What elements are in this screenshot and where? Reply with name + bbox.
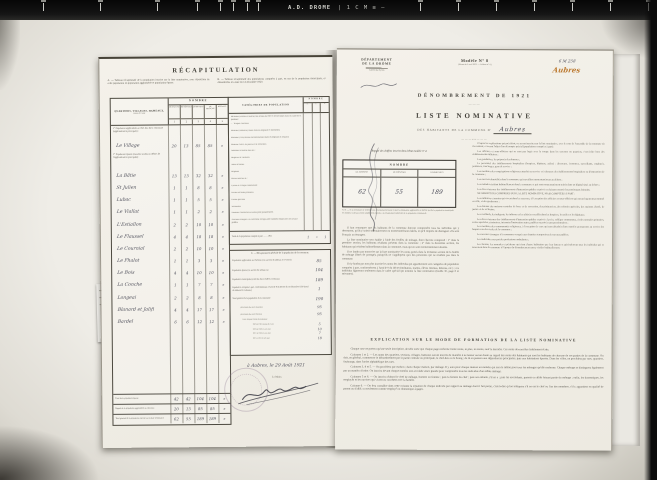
breakdown-label: personnes du sexe masculin xyxy=(240,306,310,309)
instruction-paragraph: Les ouvriers domiciliés dans la commune … xyxy=(472,178,604,182)
table-row: Le Bois 441010» xyxy=(112,267,229,280)
cell-value: » xyxy=(217,258,229,263)
total-value: 13 xyxy=(182,406,194,411)
census-year-title: DÉNOMBREMENT DE 1921 xyxy=(337,93,613,99)
column-number: 4 xyxy=(204,119,216,124)
cell-value: 85 xyxy=(204,143,216,148)
breakdown-label: personnes du sexe féminin xyxy=(241,313,311,316)
recap-value: 1 xyxy=(310,286,328,291)
place-name: Le Fhalot xyxy=(117,259,140,264)
total-value: 55 xyxy=(182,416,194,421)
cell-value: » xyxy=(217,197,229,202)
cell-value: 1 xyxy=(180,185,192,190)
sub-column-header: F. xyxy=(311,103,320,112)
left-instruction-column: Il faut remarquer que les habitants de l… xyxy=(342,226,459,278)
cell-value: 4 xyxy=(169,271,181,276)
summary-value-handwritten: 189 xyxy=(431,189,443,196)
table-a-header: QUARTIERS, VILLAGES, HAMEAUX, (noms de r… xyxy=(111,98,228,126)
instruction-paragraph: Il n'y faudra pas non plus inscrire les … xyxy=(342,263,459,277)
sub-column-header: D'ÉTRANG. xyxy=(216,105,228,118)
recap-label: Total général de la population de la com… xyxy=(232,297,310,300)
cell-value: 1 xyxy=(181,210,193,215)
summary-column: DE MAISONS 62 xyxy=(343,169,380,206)
place-name: Lubac xyxy=(116,198,131,203)
place-name: La Bâtie xyxy=(116,173,136,178)
film-edge xyxy=(644,0,657,480)
cell-value: 10 xyxy=(193,222,205,227)
place-name: La Conche xyxy=(117,283,142,288)
age-row: 1915 à 1911 (5 à 9 ans) 18 xyxy=(231,335,331,340)
total-value: 104 xyxy=(194,396,206,401)
cell-value: 1 xyxy=(168,185,180,190)
ruler-tick xyxy=(220,3,221,11)
ruler-tick xyxy=(157,3,158,11)
cell-value: 10 xyxy=(205,270,217,275)
cell-value: 5 xyxy=(193,197,205,202)
archive-scan-viewer: A.D. DROME | 1 C M ≡ — RÉCAPITULATION A.… xyxy=(0,0,657,480)
summary-column-header: DE MAISONS xyxy=(343,169,380,177)
cell-value: 2 xyxy=(169,222,181,227)
divider: ——— xyxy=(337,101,613,106)
cell-value: 2 xyxy=(181,246,193,251)
cell-value: 1 xyxy=(169,258,181,263)
place-name: St Julien xyxy=(116,186,137,191)
instruction-paragraph: Le personnel des établissements hospital… xyxy=(472,162,604,169)
instruction-paragraph: Les officiers et sous-officiers qui ne s… xyxy=(472,150,604,157)
cell-value: 13 xyxy=(180,143,192,148)
instruction-paragraph: Les militaires et marins qui vivent dans… xyxy=(472,197,604,204)
cell-value: » xyxy=(217,282,229,287)
table-row: Le Fhalot 1133» xyxy=(112,254,229,267)
archive-cote: 6 M 258 xyxy=(525,58,609,63)
table-row: St Julien 1188» xyxy=(111,181,228,194)
canton-label: Canton de Nyons xyxy=(345,69,409,71)
sub-column-header: D'INDIVIDUS xyxy=(192,105,204,118)
village-row: Le Village 20138585» xyxy=(111,139,228,152)
total-value: 189 xyxy=(206,416,218,421)
totals-rows: Total de la population éparse 4242104104… xyxy=(113,393,230,424)
cell-value: 2 xyxy=(181,222,193,227)
cell-value: » xyxy=(217,246,229,251)
recap-label: Population municipale (total des deux ch… xyxy=(232,278,310,281)
cell-value: 5 xyxy=(205,197,217,202)
ruler-tick xyxy=(458,3,459,11)
ruler-tick xyxy=(420,3,421,11)
age-value: 10 xyxy=(311,327,329,331)
cell-value: 7 xyxy=(205,282,217,287)
instruction-paragraph: Les membres des communautés religieuses,… xyxy=(472,225,604,232)
table-b-total-row: Total de la population comptée à part ……… xyxy=(230,230,330,243)
instruction-paragraph: D'après les explications qui précèdent, … xyxy=(472,142,604,149)
nombre-header: NOMBRE xyxy=(343,160,455,169)
recap-value: 104 xyxy=(310,267,328,272)
explication-title: EXPLICATION SUR LE MODE DE FORMATION DE … xyxy=(336,337,612,342)
mayor-signature-icon xyxy=(236,377,320,408)
instruction-paragraph: NE SERONT PAS COMPRISES SUR LA LISTE NOM… xyxy=(472,192,604,196)
explication-paragraph: Chaque case ne portera qu'une seule insc… xyxy=(344,347,604,352)
cell-value: 1 xyxy=(181,258,193,263)
cell-value: 85 xyxy=(192,143,204,148)
ruler-tick xyxy=(610,3,611,11)
department-block: DÉPARTEMENT DE LA DRÔME Canton de Nyons xyxy=(345,57,409,71)
cell-value: 4 xyxy=(181,270,193,275)
age-label: 1917 et 1916 (3 et 4 ans) xyxy=(253,332,311,335)
cell-value: 4 xyxy=(169,307,181,312)
place-name: Le Flaussel xyxy=(117,234,144,239)
cell-value: » xyxy=(216,142,228,147)
table-row: Le Cournial 221010» xyxy=(112,242,229,255)
total-label: Total de la population éparse xyxy=(113,398,170,401)
cell-value: » xyxy=(217,221,229,226)
instruction-paragraph: Les élèves internes des établissements d… xyxy=(472,218,604,225)
section-2-label: 2° Population éparse (maisons situées en… xyxy=(111,152,167,170)
cell-value: » xyxy=(217,295,229,300)
explication-paragraph: Colonnes 3, 4 et 5. — On procédera par m… xyxy=(343,366,603,374)
note-b: B. — Tableau récapitulatif des populatio… xyxy=(217,77,325,84)
right-instruction-column: D'après les explications qui précèdent, … xyxy=(472,142,604,251)
cell-value: » xyxy=(217,270,229,275)
cell-value: » xyxy=(216,185,228,190)
explication-paragraph: Colonnes 5 et 6. — On inscrira d'abord l… xyxy=(343,375,603,383)
cell-value: 6 xyxy=(182,319,194,324)
instruction-paragraph: Les gendarmes, les préposés des douanes … xyxy=(472,158,604,162)
place-name: Le Viallat xyxy=(116,210,139,215)
place-name: Le Village xyxy=(116,143,140,148)
ruler-tick xyxy=(100,3,101,11)
cell-value: 2 xyxy=(193,209,205,214)
total-label: Total général de la population inscrite … xyxy=(113,418,170,421)
department-name: DE LA DRÔME xyxy=(345,61,409,65)
age-value: 5 xyxy=(311,322,329,326)
cell-value: 32 xyxy=(192,173,204,178)
cell-value: 10 xyxy=(193,246,205,251)
cell-value: 32 xyxy=(204,173,216,178)
archive-name-label: A.D. DROME xyxy=(288,5,331,11)
summary-column-header: D'HABITANTS xyxy=(419,170,456,178)
cell-value: » xyxy=(217,209,229,214)
place-name: Longeai xyxy=(117,295,136,300)
ruler-tick xyxy=(572,3,573,11)
cell-value: 1 xyxy=(169,210,181,215)
table-row: Lubac 1155» xyxy=(111,193,228,206)
column-numbers: 12345 xyxy=(169,118,228,125)
total-value: 85 xyxy=(206,406,218,411)
cell-value: 2 xyxy=(169,246,181,251)
cell-value: 8 xyxy=(193,295,205,300)
age-value: 18 xyxy=(311,336,329,340)
table-row: Le Viallat 1122» xyxy=(112,206,229,219)
breakdown-value: 95 xyxy=(310,305,328,309)
recap-label: Population agglomérée au chef-lieu (1re … xyxy=(232,259,310,262)
cell-value: 17 xyxy=(205,307,217,312)
categories-header: CATÉGORIES DE POPULATION xyxy=(229,97,304,113)
cell-value: 2 xyxy=(181,295,193,300)
cell-value: 4 xyxy=(181,307,193,312)
explication-paragraph: Colonne 6. — On fera connaître dans cett… xyxy=(343,384,603,392)
total-value: 85 xyxy=(194,406,206,411)
total-value: 1 xyxy=(304,235,313,239)
explication-paragraphs: Chaque case ne portera qu'une seule insc… xyxy=(343,347,603,394)
form-model-reference: (Décret du 5 avril 1921. — Tableau n° 4.… xyxy=(429,64,521,66)
cell-value: 10 xyxy=(193,270,205,275)
cell-value: » xyxy=(218,319,230,324)
cell-value: 3 xyxy=(193,258,205,263)
cell-value: 18 xyxy=(193,234,205,239)
column-number: 3 xyxy=(192,119,204,124)
sub-columns: DE MAISONSDE MÉNAGESD'INDIVIDUSDE FRANÇA… xyxy=(169,105,228,119)
sub-column-header: H. xyxy=(304,103,312,112)
sub-column-header: DE MAISONS xyxy=(169,105,180,118)
commune-name-handwritten: Aubres xyxy=(499,126,526,133)
cell-value: 13 xyxy=(180,173,192,178)
cell-value: 18 xyxy=(205,234,217,239)
clerk-flourish-icon xyxy=(359,79,399,91)
age-value: 7 xyxy=(311,331,329,335)
summary-column-header: DE MÉNAGES xyxy=(381,170,418,178)
right-page-liste-nominative: DÉPARTEMENT DE LA DRÔME Canton de Nyons … xyxy=(335,48,614,450)
recap-value: 189 xyxy=(310,277,328,282)
instruction-paragraph: Les forains, les nomades et pêcheurs qui… xyxy=(472,243,604,250)
commune-stamp: Aubres xyxy=(525,65,609,74)
summary-columns: DE MAISONS 62 DE MÉNAGES 55 D'HABITANTS … xyxy=(343,169,455,206)
instruction-paragraph: Il faut remarquer que les habitants de l… xyxy=(342,226,459,236)
cell-value: 20 xyxy=(168,143,180,148)
instruction-paragraph: Les détenus des maisons centrales de for… xyxy=(472,205,604,212)
cell-value: 7 xyxy=(193,283,205,288)
cell-value: 8 xyxy=(192,185,204,190)
table-row: L'Estiallon 221010» xyxy=(112,218,229,231)
sub-columns: H.F.T. xyxy=(304,103,329,112)
page-stack-edge xyxy=(610,54,640,446)
cell-value: 8 xyxy=(205,295,217,300)
table-a-body: 1° Population agglomérée au chef-lieu de… xyxy=(111,125,231,424)
form-model-block: Modèle N° 8 (Décret du 5 avril 1921. — T… xyxy=(429,58,521,66)
cell-value: 12 xyxy=(206,319,218,324)
category-label: Ouvriers étrangers à la commune occupés … xyxy=(230,219,304,227)
place-name: Bardel xyxy=(117,320,133,325)
instruction-paragraph: Les malades résidant habituellement dans… xyxy=(472,183,604,187)
ruler-tick xyxy=(43,3,44,11)
age-rows: 1920 et 1921 (moins de 1 an) 5 1919 et 1… xyxy=(231,322,331,341)
table-b-body: Militaires (soldats et marins) des armée… xyxy=(229,113,330,231)
ruler-tick xyxy=(496,3,497,11)
table-population-counted-apart: CATÉGORIES DE POPULATION NOMBRE H.F.T. M… xyxy=(228,96,331,245)
sex-breakdown-rows: personnes du sexe masculin 95 personnes … xyxy=(230,303,330,318)
cell-value: 3 xyxy=(205,258,217,263)
section-1-label: 1° Population agglomérée au chef-lieu de… xyxy=(111,125,167,139)
form-model-number: Modèle N° 8 xyxy=(429,58,521,63)
ruler-tick xyxy=(247,3,248,11)
explication-paragraph: Colonnes 1 et 2. — Les noms des quartier… xyxy=(344,353,604,364)
left-page-recapitulation: RÉCAPITULATION A. — Tableau récapitulati… xyxy=(98,55,335,448)
age-label: 1920 et 1921 (moins de 1 an) xyxy=(253,323,311,326)
cell-value: » xyxy=(217,307,229,312)
film-ruler-bar: A.D. DROME | 1 C M ≡ — xyxy=(0,0,657,20)
table-row: Longeai 2288» xyxy=(112,291,229,304)
cell-value: 10 xyxy=(205,246,217,251)
column-number: 5 xyxy=(216,119,228,124)
cell-value: 17 xyxy=(193,307,205,312)
cell-value: 1 xyxy=(181,197,193,202)
total-value: 189 xyxy=(194,416,206,421)
sub-column-header: T. xyxy=(320,103,329,112)
sub-column-header: DE MÉNAGES xyxy=(180,105,192,118)
place-name: Blanard et Jalifi xyxy=(117,307,154,312)
column-number: 2 xyxy=(180,119,192,124)
instruction-paragraph: Les ouvriers étrangers à la commune occu… xyxy=(472,233,604,237)
table-row: Bardel 661212» xyxy=(113,315,230,328)
table-b-header: CATÉGORIES DE POPULATION NOMBRE H.F.T. xyxy=(229,97,329,114)
rappel-caption: Rappel des chiffres inscrits dans l'État… xyxy=(340,149,458,153)
table-row: Blanard et Jalifi 441717» xyxy=(112,303,229,316)
instruction-paragraph: Les membres des congrégations religieuse… xyxy=(472,170,604,177)
photo-shadow-corner xyxy=(0,20,20,90)
place-name: Le Bois xyxy=(117,271,135,276)
instruction-paragraph: La liste nominative sera établie à l'aid… xyxy=(342,239,459,249)
total-value: » xyxy=(312,235,321,239)
ruler-tick xyxy=(258,3,259,11)
instruction-paragraph: Il ne faudra pas transcrire sur la liste… xyxy=(342,251,459,261)
box-footnote: N. B. — Si la commune ne renferme pas de… xyxy=(342,209,454,214)
column-number: 1 xyxy=(169,119,180,124)
recap-rows: Population agglomérée au chef-lieu (1re … xyxy=(230,256,330,304)
total-row: Total général de la population inscrite … xyxy=(113,413,230,424)
nombre-summary-box: NOMBRE DE MAISONS 62 DE MÉNAGES 55 D'HAB… xyxy=(342,159,456,207)
summary-value-handwritten: 55 xyxy=(395,189,404,196)
summary-column: DE MÉNAGES 55 xyxy=(380,170,418,207)
age-label: 1915 à 1911 (5 à 9 ans) xyxy=(253,337,311,340)
cell-value: 4 xyxy=(169,234,181,239)
instruction-paragraph: Les élèves internes des établissements d… xyxy=(472,188,604,192)
cell-value: 6 xyxy=(170,319,182,324)
instruction-paragraph: Les vieillards, les indigents, les infir… xyxy=(472,213,604,217)
summary-value-handwritten: 62 xyxy=(357,188,366,195)
total-label: Rappel de la population agglomérée au ch… xyxy=(113,408,170,411)
breakdown-value: 95 xyxy=(311,312,329,316)
page-title: RÉCAPITULATION xyxy=(99,66,332,75)
instruction-paragraph: Les individus exerçant des professions a… xyxy=(472,238,604,242)
place-name: L'Estiallon xyxy=(116,222,141,227)
recap-label: Population éparse (2e section du tableau… xyxy=(232,269,310,272)
cell-value: 2 xyxy=(169,295,181,300)
photo-shadow-corner xyxy=(0,425,100,480)
recap-value: 190 xyxy=(310,296,328,301)
sub-column-header: DE FRANÇAIS xyxy=(204,105,216,118)
cell-value: 1 xyxy=(181,283,193,288)
ruler-scale-label: | 1 C M ≡ — xyxy=(338,5,385,11)
liste-nominative-title: LISTE NOMINATIVE xyxy=(337,111,613,120)
cell-value: 1 xyxy=(169,197,181,202)
place-name: Le Cournial xyxy=(117,247,145,252)
table-row: La Bâtie 13133232» xyxy=(111,169,228,182)
cell-value: 8 xyxy=(204,185,216,190)
table-row: Le Flaussel 441818» xyxy=(112,230,229,243)
cell-value: 12 xyxy=(194,319,206,324)
total-value: 1 xyxy=(321,235,330,239)
cell-value: 13 xyxy=(168,173,180,178)
total-value: » xyxy=(218,406,230,411)
column-subheader: (noms de rues) xyxy=(133,112,145,114)
ruler-tick xyxy=(534,3,535,11)
table-population-by-hamlet: QUARTIERS, VILLAGES, HAMEAUX, (noms de r… xyxy=(110,97,232,426)
total-value: 20 xyxy=(170,406,182,411)
recap-value: 85 xyxy=(310,258,328,263)
cell-value: 10 xyxy=(205,222,217,227)
total-value: 42 xyxy=(170,396,182,401)
archive-annotations: 6 M 258 Aubres xyxy=(525,58,609,74)
total-label: Total de la population comptée à part ……… xyxy=(230,236,304,239)
total-value: 42 xyxy=(182,396,194,401)
cell-value: 4 xyxy=(181,234,193,239)
ruler-tick xyxy=(233,3,234,11)
table-general-recapitulation: C. — Récapitulation générale de la popul… xyxy=(229,249,332,356)
commune-line: DES HABITANTS DE LA COMMUNE D' Aubres xyxy=(337,125,613,133)
category-rows: Militaires (soldats et marins) des armée… xyxy=(229,115,330,226)
cell-value: 2 xyxy=(205,209,217,214)
total-value: 62 xyxy=(170,416,182,421)
total-value: » xyxy=(218,416,230,421)
total-value: 104 xyxy=(206,396,218,401)
recap-label: Population comptée à part, conformément … xyxy=(232,287,310,292)
cell-value: » xyxy=(216,173,228,178)
cell-value: » xyxy=(217,234,229,239)
cell-value: 1 xyxy=(169,283,181,288)
ruler-tick xyxy=(197,3,198,11)
age-label: 1919 et 1918 (1 et 2 ans) xyxy=(253,328,311,331)
summary-column: D'HABITANTS 189 xyxy=(418,170,456,207)
table-row: La Conche 1177» xyxy=(112,279,229,292)
note-a: A. — Tableau récapitulatif de la populat… xyxy=(107,78,209,85)
